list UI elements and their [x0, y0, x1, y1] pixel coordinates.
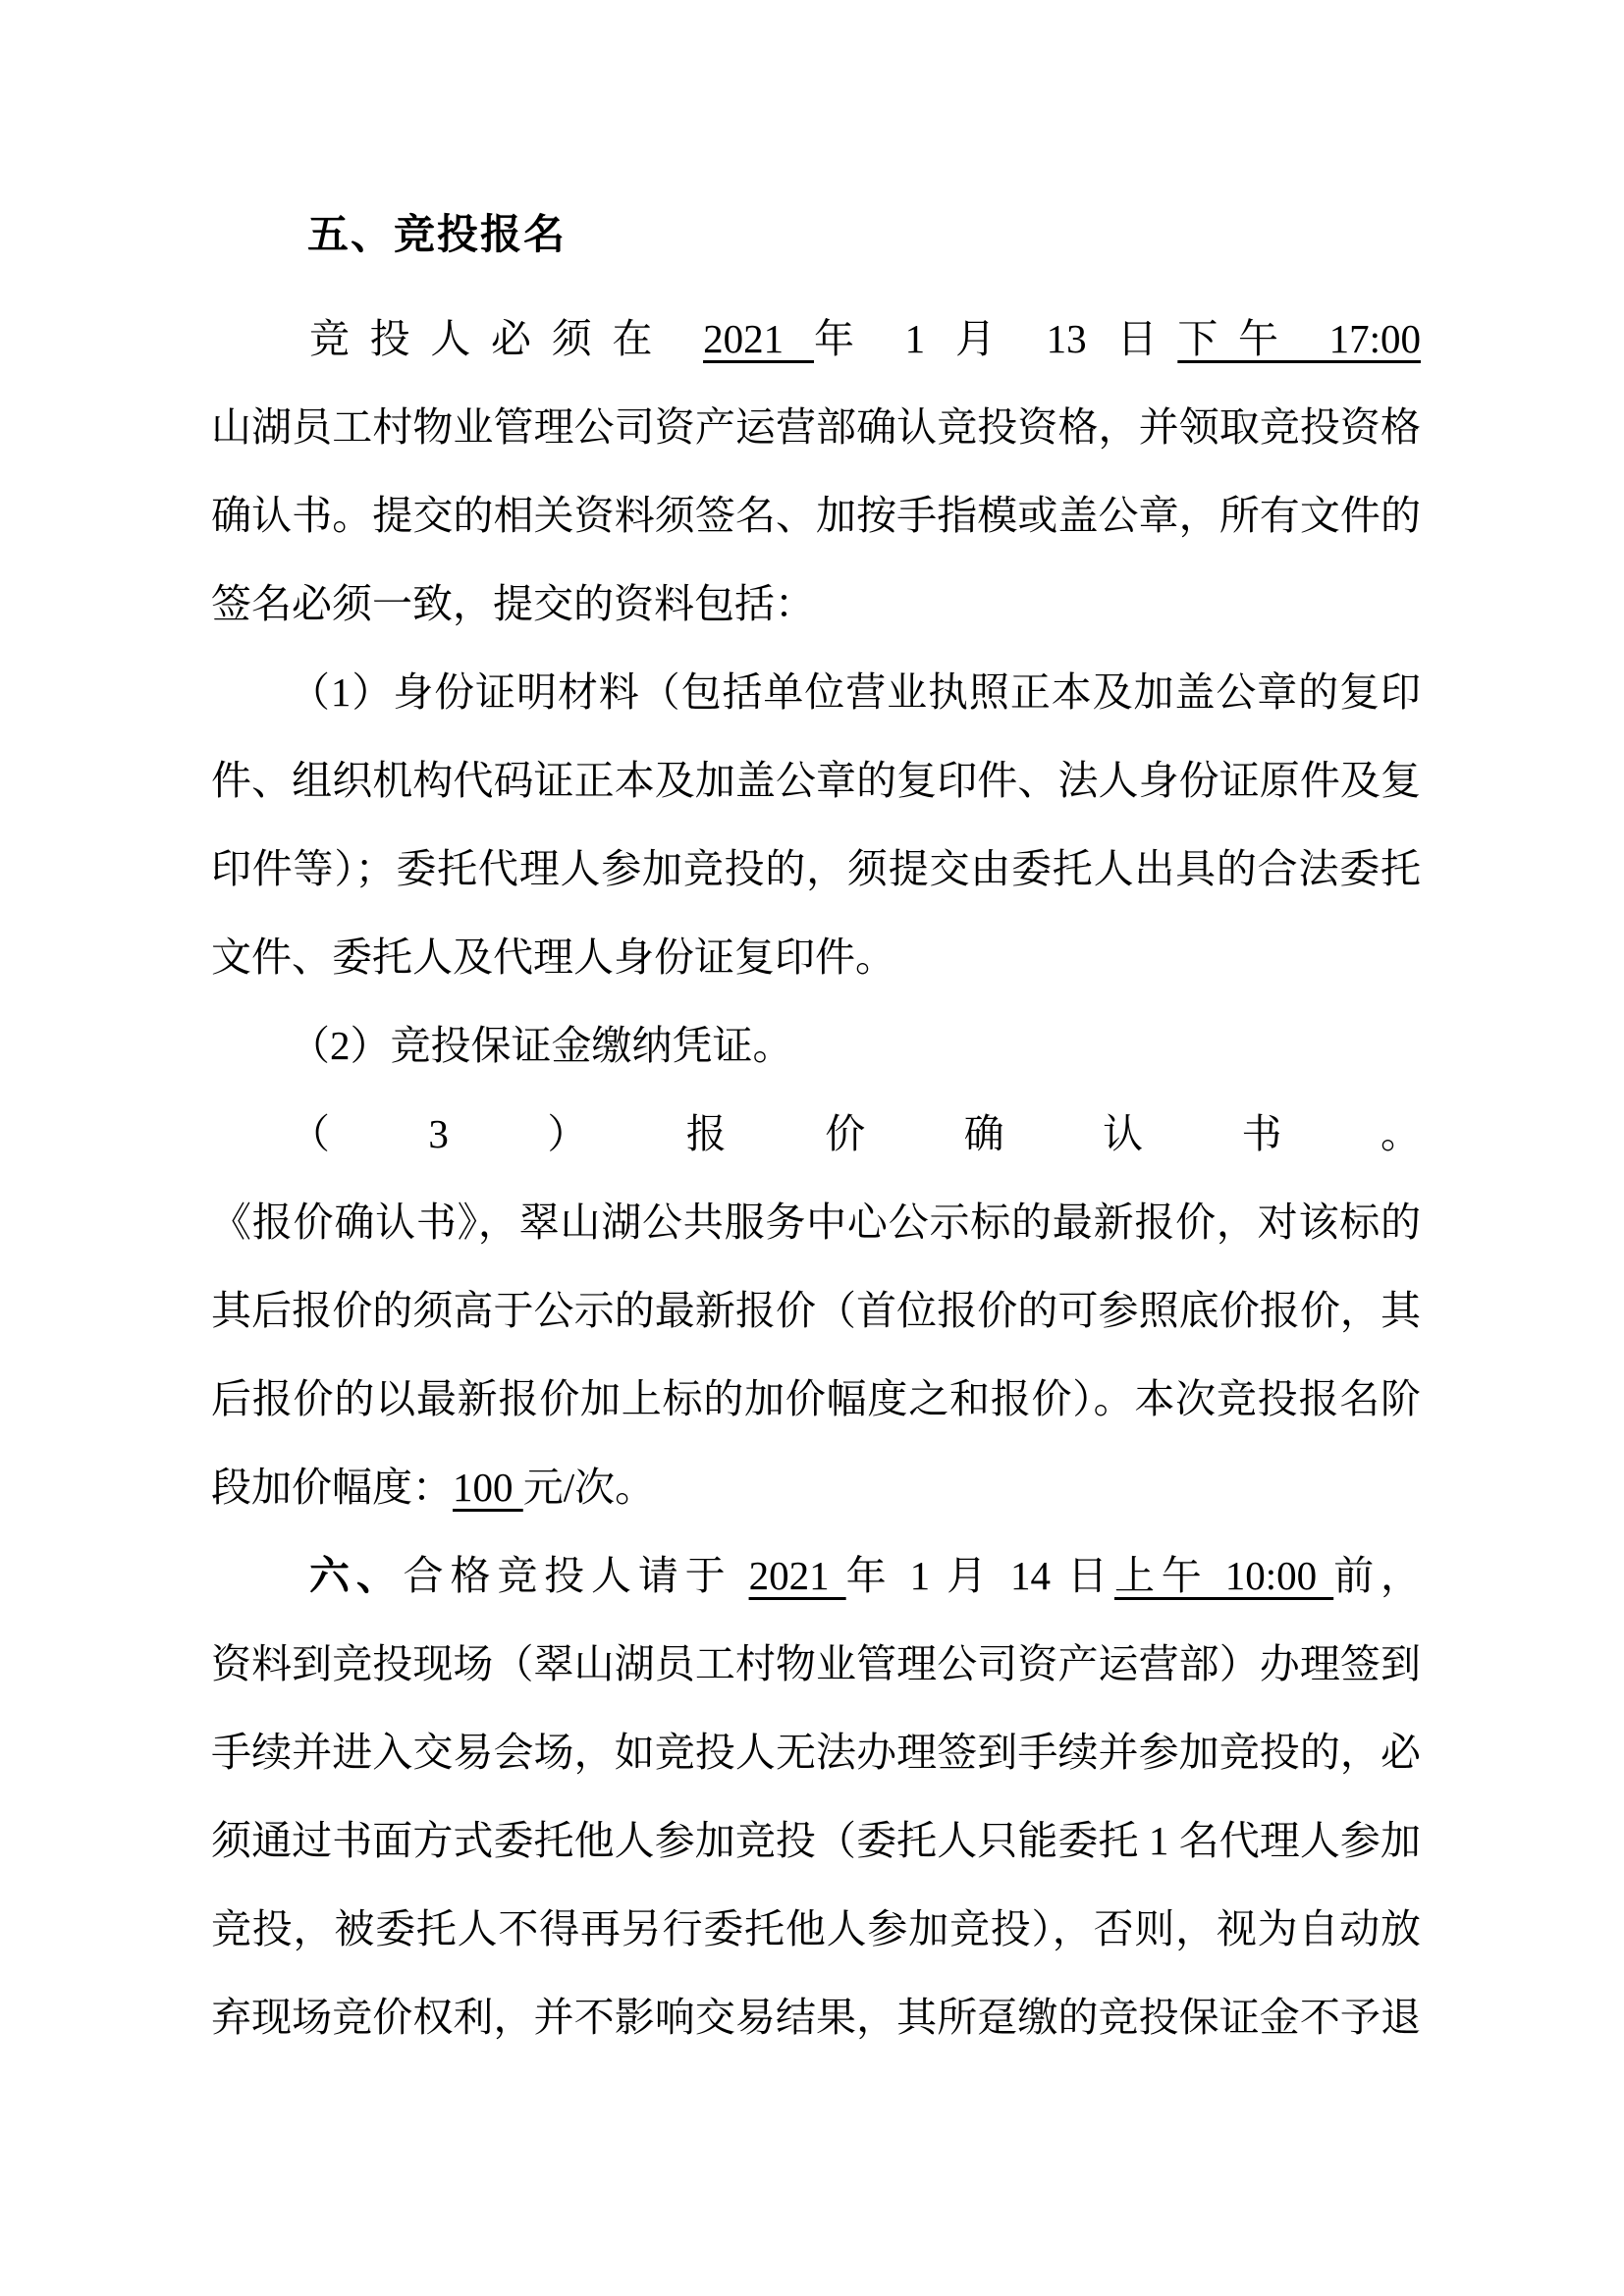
text-line: 须通过书面方式委托他人参加竞投（委托人只能委托 1 名代理人参加	[211, 1796, 1421, 1885]
text-line: 《报价确认书》，翠山湖公共服务中心公示标的最新报价，对该标的	[211, 1178, 1421, 1266]
underlined-value: 上午 10:00	[1114, 1553, 1333, 1598]
text-line: 文件、委托人及代理人身份证复印件。	[211, 913, 1421, 1001]
text-segment: 签名必须一致，提交的资料包括：	[211, 581, 815, 626]
text-line: （3）报价确认书。竞投人在报名阶段以递增报价的方式依次签订	[290, 1090, 1421, 1178]
text-segment: 弃现场竞价权利，并不影响交易结果，其所趸缴的竞投保证金不予退	[211, 1995, 1421, 2040]
text-line: 印件等）；委托代理人参加竞投的，须提交由委托人出具的合法委托	[211, 825, 1421, 913]
document-page: 五、竞投报名 竞投人必须在 2021 年 1 月 13 日下午 17:00 前提…	[0, 0, 1624, 2296]
text-segment: 《报价确认书》，翠山湖公共服务中心公示标的最新报价，对该标的	[211, 1200, 1421, 1245]
text-line: 竞投人必须在 2021 年 1 月 13 日下午 17:00 前提交以下资料到翠	[309, 294, 1421, 383]
text-segment: 确认书。提交的相关资料须签名、加按手指模或盖公章，所有文件的	[211, 493, 1421, 538]
underlined-value: 2021	[703, 316, 814, 361]
text-line: 资料到竞投现场（翠山湖员工村物业管理公司资产运营部）办理签到	[211, 1620, 1421, 1708]
text-line: 竞投，被委托人不得再另行委托他人参加竞投），否则，视为自动放	[211, 1885, 1421, 1973]
text-segment: 其后报价的须高于公示的最新报价（首位报价的可参照底价报价，其	[211, 1288, 1421, 1333]
text-segment: 山湖员工村物业管理公司资产运营部确认竞投资格，并领取竞投资格	[211, 404, 1421, 450]
text-line: 后报价的以最新报价加上标的加价幅度之和报价）。本次竞投报名阶	[211, 1355, 1421, 1443]
text-segment: （1）身份证明材料（包括单位营业执照正本及加盖公章的复印	[290, 669, 1421, 715]
text-segment: 文件、委托人及代理人身份证复印件。	[211, 934, 895, 980]
text-segment: 后报价的以最新报价加上标的加价幅度之和报价）。本次竞投报名阶	[211, 1376, 1421, 1421]
text-segment: 元/次。	[523, 1465, 655, 1510]
text-segment: 合格竞投人请于	[404, 1553, 749, 1598]
text-segment: （2）竞投保证金缴纳凭证。	[290, 1023, 793, 1068]
text-segment: 竞投人必须在	[309, 316, 703, 361]
text-line: 六、合格竞投人请于 2021 年 1 月 14 日上午 10:00 前，携带相关	[309, 1531, 1421, 1620]
text-line: 段加价幅度：100 元/次。	[211, 1443, 1421, 1531]
underlined-value: 下午 17:00	[1177, 316, 1421, 361]
document-text: 竞投人必须在 2021 年 1 月 13 日下午 17:00 前提交以下资料到翠…	[211, 294, 1421, 2061]
underlined-value: 2021	[749, 1553, 846, 1598]
text-line: 手续并进入交易会场，如竞投人无法办理签到手续并参加竞投的，必	[211, 1708, 1421, 1796]
text-segment: 段加价幅度：	[211, 1465, 453, 1510]
text-segment: （3）报价确认书。竞投人在报名阶段以递增报价的方式依次签订	[290, 1111, 1421, 1178]
text-segment: 年 1 月 14 日	[846, 1553, 1114, 1598]
text-segment: 六、	[309, 1553, 404, 1598]
text-line: 签名必须一致，提交的资料包括：	[211, 560, 1421, 648]
text-segment: 须通过书面方式委托他人参加竞投（委托人只能委托 1 名代理人参加	[211, 1818, 1421, 1863]
text-segment: 资料到竞投现场（翠山湖员工村物业管理公司资产运营部）办理签到	[211, 1641, 1421, 1686]
document-body: 五、竞投报名 竞投人必须在 2021 年 1 月 13 日下午 17:00 前提…	[211, 191, 1421, 2061]
text-line: （2）竞投保证金缴纳凭证。	[290, 1001, 1421, 1090]
text-line: 确认书。提交的相关资料须签名、加按手指模或盖公章，所有文件的	[211, 471, 1421, 560]
text-line: 弃现场竞价权利，并不影响交易结果，其所趸缴的竞投保证金不予退	[211, 1973, 1421, 2061]
text-line: （1）身份证明材料（包括单位营业执照正本及加盖公章的复印	[290, 648, 1421, 736]
text-segment: 印件等）；委托代理人参加竞投的，须提交由委托人出具的合法委托	[211, 846, 1421, 891]
text-line: 其后报价的须高于公示的最新报价（首位报价的可参照底价报价，其	[211, 1266, 1421, 1355]
text-segment: 件、组织机构代码证正本及加盖公章的复印件、法人身份证原件及复	[211, 758, 1421, 803]
text-segment: 年 1 月 13 日	[814, 316, 1177, 361]
text-line: 山湖员工村物业管理公司资产运营部确认竞投资格，并领取竞投资格	[211, 383, 1421, 471]
text-line: 件、组织机构代码证正本及加盖公章的复印件、法人身份证原件及复	[211, 736, 1421, 825]
section-heading: 五、竞投报名	[307, 191, 1421, 280]
underlined-value: 100	[453, 1465, 523, 1510]
text-segment: 竞投，被委托人不得再另行委托他人参加竞投），否则，视为自动放	[211, 1906, 1421, 1951]
text-segment: 手续并进入交易会场，如竞投人无法办理签到手续并参加竞投的，必	[211, 1730, 1421, 1775]
